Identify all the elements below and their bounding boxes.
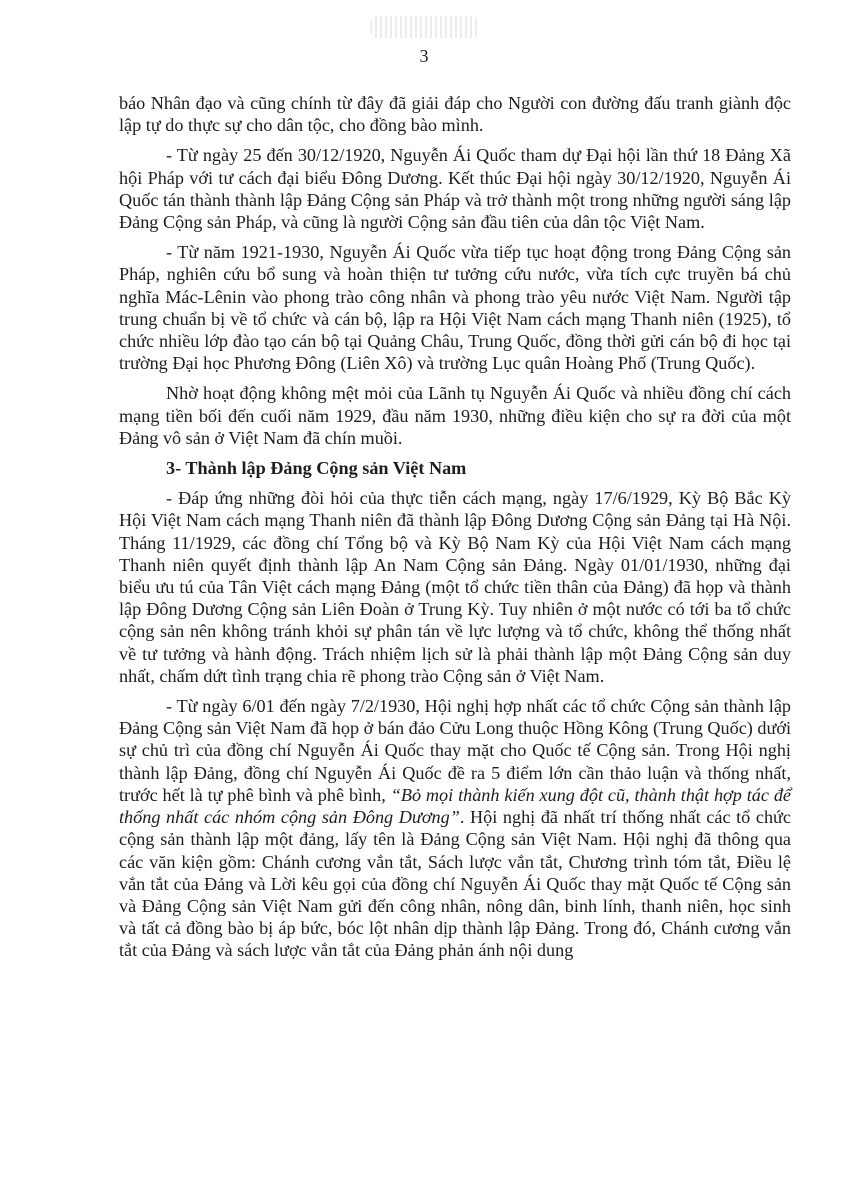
paragraph-conditions-ripe: Nhờ hoạt động không mệt mỏi của Lãnh tụ … [119, 382, 791, 449]
paragraph-founding-conference: - Từ ngày 6/01 đến ngày 7/2/1930, Hội ng… [119, 695, 791, 961]
section-heading: 3- Thành lập Đảng Cộng sản Việt Nam [119, 457, 791, 479]
document-body: báo Nhân đạo và cũng chính từ đây đã giả… [119, 92, 791, 970]
paragraph-1920-congress: - Từ ngày 25 đến 30/12/1920, Nguyễn Ái Q… [119, 144, 791, 233]
paragraph-1921-1930: - Từ năm 1921-1930, Nguyễn Ái Quốc vừa t… [119, 241, 791, 374]
header-stamp-mark [370, 16, 480, 38]
paragraph-continuation: báo Nhân đạo và cũng chính từ đây đã giả… [119, 92, 791, 136]
paragraph-three-organizations: - Đáp ứng những đòi hỏi của thực tiễn cá… [119, 487, 791, 687]
founding-text-after: . Hội nghị đã nhất trí thống nhất các tổ… [119, 807, 791, 960]
page-number: 3 [0, 46, 848, 67]
